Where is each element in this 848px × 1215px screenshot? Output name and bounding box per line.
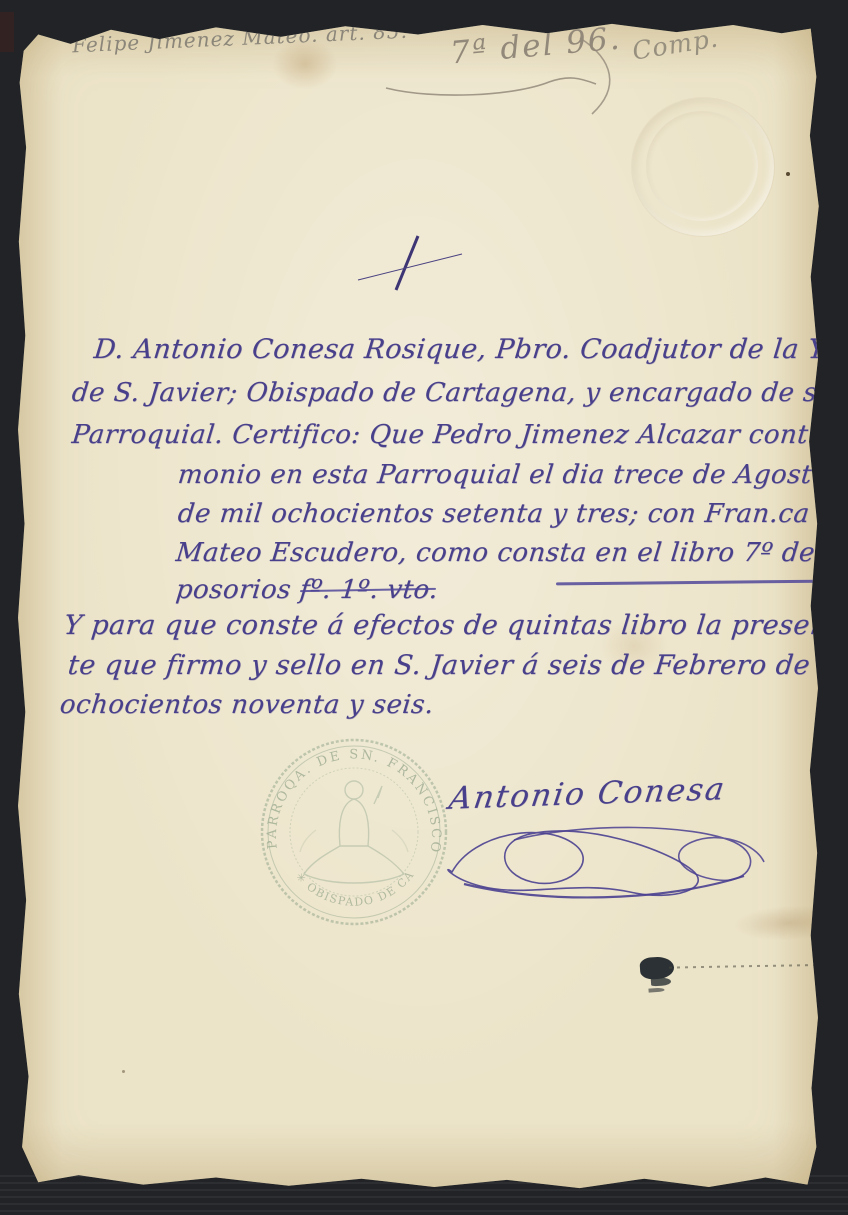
certificate-line: ochocientos noventa y seis. <box>58 690 435 720</box>
embossed-seal-inner <box>646 111 758 221</box>
scratch-mark <box>669 963 848 968</box>
certificate-line: te que firmo y sello en S. Javier á seis… <box>66 650 848 681</box>
pencil-flourish <box>384 26 674 126</box>
certificate-line: Mateo Escudero, como consta en el libro … <box>174 538 848 568</box>
document-page: Felipe Jimenez Mateo. art. 85. 7ª del 96… <box>14 18 822 1194</box>
stamp-saint-figure <box>300 781 408 883</box>
certificate-line: monio en esta Parroquial el dia trece de… <box>176 460 829 490</box>
certificate-line: de S. Javier; Obispado de Cartagena, y e… <box>70 378 848 408</box>
signature-name: Antonio Conesa <box>447 771 729 817</box>
paper-speck <box>122 1070 125 1073</box>
cross-icon <box>350 232 470 296</box>
certificate-line: de mil ochocientos setenta y tres; con F… <box>176 499 846 529</box>
ink-dash <box>556 580 830 586</box>
stamp-arc-top-text: PARROQA. DE SN. FRANCISCO XAVIER <box>256 734 443 855</box>
paper-speck <box>786 172 790 176</box>
certificate-line: Parroquial. Certifico: Que Pedro Jimenez… <box>70 420 848 450</box>
certificate-line: D. Antonio Conesa Rosique, Pbro. Coadjut… <box>92 334 848 365</box>
certificate-line: Y para que conste á efectos de quintas l… <box>62 610 839 641</box>
svg-text:PARROQA. DE SN. FRANCISCO XAVI: PARROQA. DE SN. FRANCISCO XAVIER <box>256 734 443 855</box>
pencil-annotation-top-left: Felipe Jimenez Mateo. art. 85. <box>72 19 409 58</box>
parish-seal-stamp: PARROQA. DE SN. FRANCISCO XAVIER ✳ OBISP… <box>256 734 452 930</box>
binding-corner <box>0 12 14 52</box>
paper-stain <box>733 903 845 943</box>
signature-rubric <box>434 814 774 906</box>
